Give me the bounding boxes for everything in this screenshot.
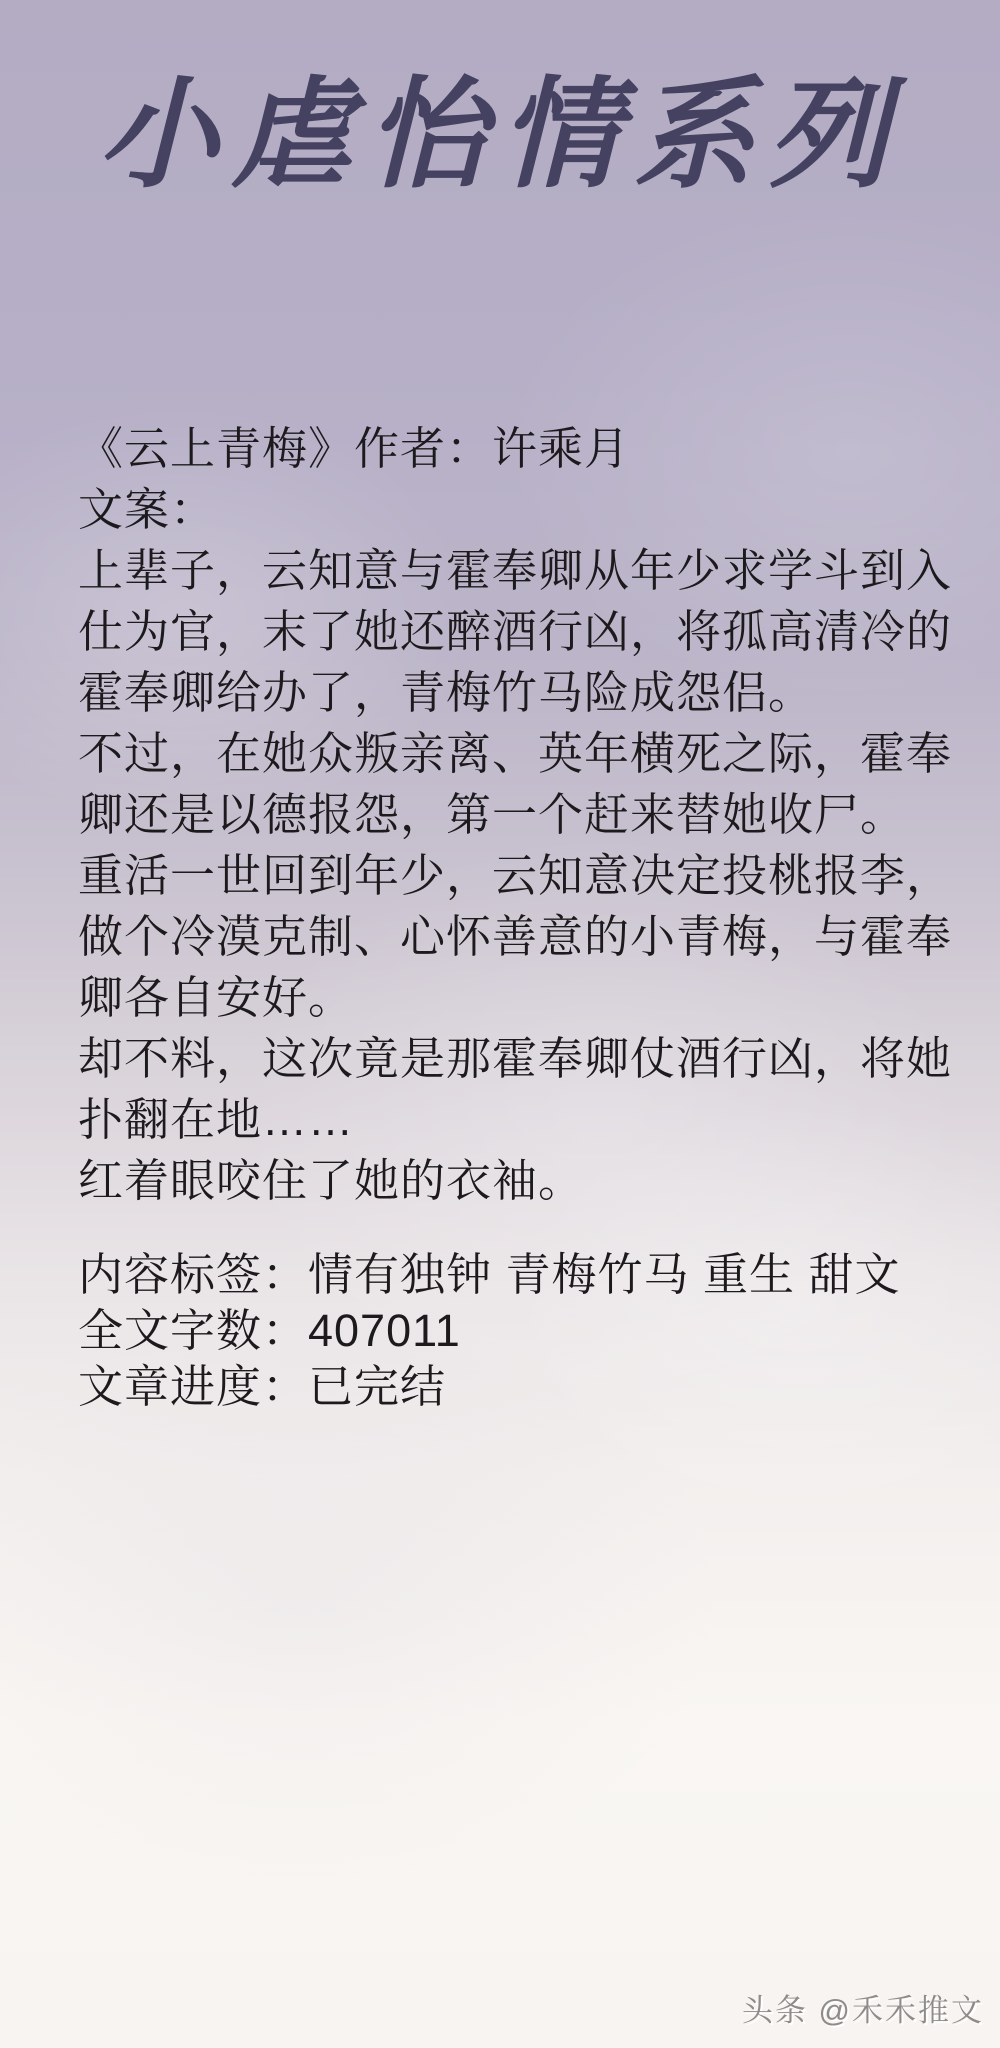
book-meta: 内容标签：情有独钟 青梅竹马 重生 甜文 全文字数：407011 文章进度：已完… [78,1247,942,1415]
intro-label: 文案： [78,479,942,540]
book-recommendation-poster: 小虐怡情系列 《云上青梅》作者：许乘月 文案： 上辈子，云知意与霍奉卿从年少求学… [0,0,1000,2048]
synopsis-line: 上辈子，云知意与霍奉卿从年少求学斗到入 [78,540,942,601]
synopsis-line: 扑翻在地…… [78,1089,942,1150]
series-title: 小虐怡情系列 [0,52,1000,217]
book-intro: 《云上青梅》作者：许乘月 文案： 上辈子，云知意与霍奉卿从年少求学斗到入 仕为官… [78,418,942,1211]
watermark-credit: 头条 @禾禾推文 [742,1985,984,2030]
synopsis-line: 做个冷漠克制、心怀善意的小青梅，与霍奉 [78,906,942,967]
word-count: 全文字数：407011 [78,1303,942,1359]
synopsis-line: 重活一世回到年少，云知意决定投桃报李， [78,845,942,906]
synopsis-line: 却不料，这次竟是那霍奉卿仗酒行凶，将她 [78,1028,942,1089]
synopsis-line: 卿还是以德报怨，第一个赶来替她收尸。 [78,784,942,845]
synopsis-line: 卿各自安好。 [78,967,942,1028]
synopsis-line: 仕为官，末了她还醉酒行凶，将孤高清冷的 [78,601,942,662]
content-tags: 内容标签：情有独钟 青梅竹马 重生 甜文 [78,1247,942,1303]
synopsis-line: 霍奉卿给办了，青梅竹马险成怨侣。 [78,662,942,723]
synopsis-line: 不过，在她众叛亲离、英年横死之际，霍奉 [78,723,942,784]
progress-status: 文章进度：已完结 [78,1359,942,1415]
synopsis-line: 红着眼咬住了她的衣袖。 [78,1150,942,1211]
book-title-author: 《云上青梅》作者：许乘月 [78,418,942,479]
